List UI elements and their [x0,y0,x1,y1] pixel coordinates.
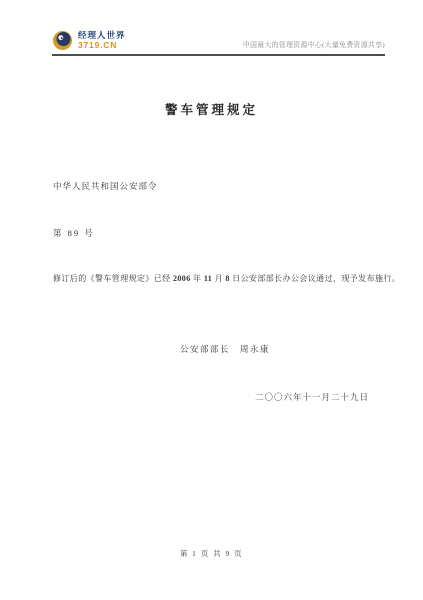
paragraph-segment: 修订后的《警车管理规定》已经 [53,274,173,283]
order-number-line: 第 89 号 [53,227,95,239]
logo-text: 经理人世界 3719.CN [78,31,126,51]
document-title: 警车管理规定 [0,100,423,118]
body-paragraph: 修订后的《警车管理规定》已经 2006 年 11 月 8 日公安部部长办公会议通… [53,273,393,284]
signature-line: 公安部部长 周永康 [180,343,270,355]
site-domain: 3719.CN [78,41,126,51]
paragraph-segment: 11 [204,274,212,283]
page-number-indicator: 第 1 页 共 9 页 [0,548,423,559]
header-tagline: 中国最大的管理资源中心(大量免费资源共享) [243,39,385,51]
paragraph-segment: 2006 [173,274,191,283]
paragraph-segment: 年 [191,274,204,283]
paragraph-segment: 日公安部部长办公会议通过，现予发布施行。 [230,274,400,283]
panda-moon-logo-icon [52,30,73,51]
paragraph-segment: 月 [212,274,225,283]
date-line: 二〇〇六年十一月二十九日 [255,391,369,403]
page-header: 经理人世界 3719.CN 中国最大的管理资源中心(大量免费资源共享) [52,30,385,56]
issuer-line: 中华人民共和国公安部令 [53,180,158,192]
site-logo[interactable]: 经理人世界 3719.CN [52,30,126,51]
document-page: 经理人世界 3719.CN 中国最大的管理资源中心(大量免费资源共享) 警车管理… [0,0,423,600]
